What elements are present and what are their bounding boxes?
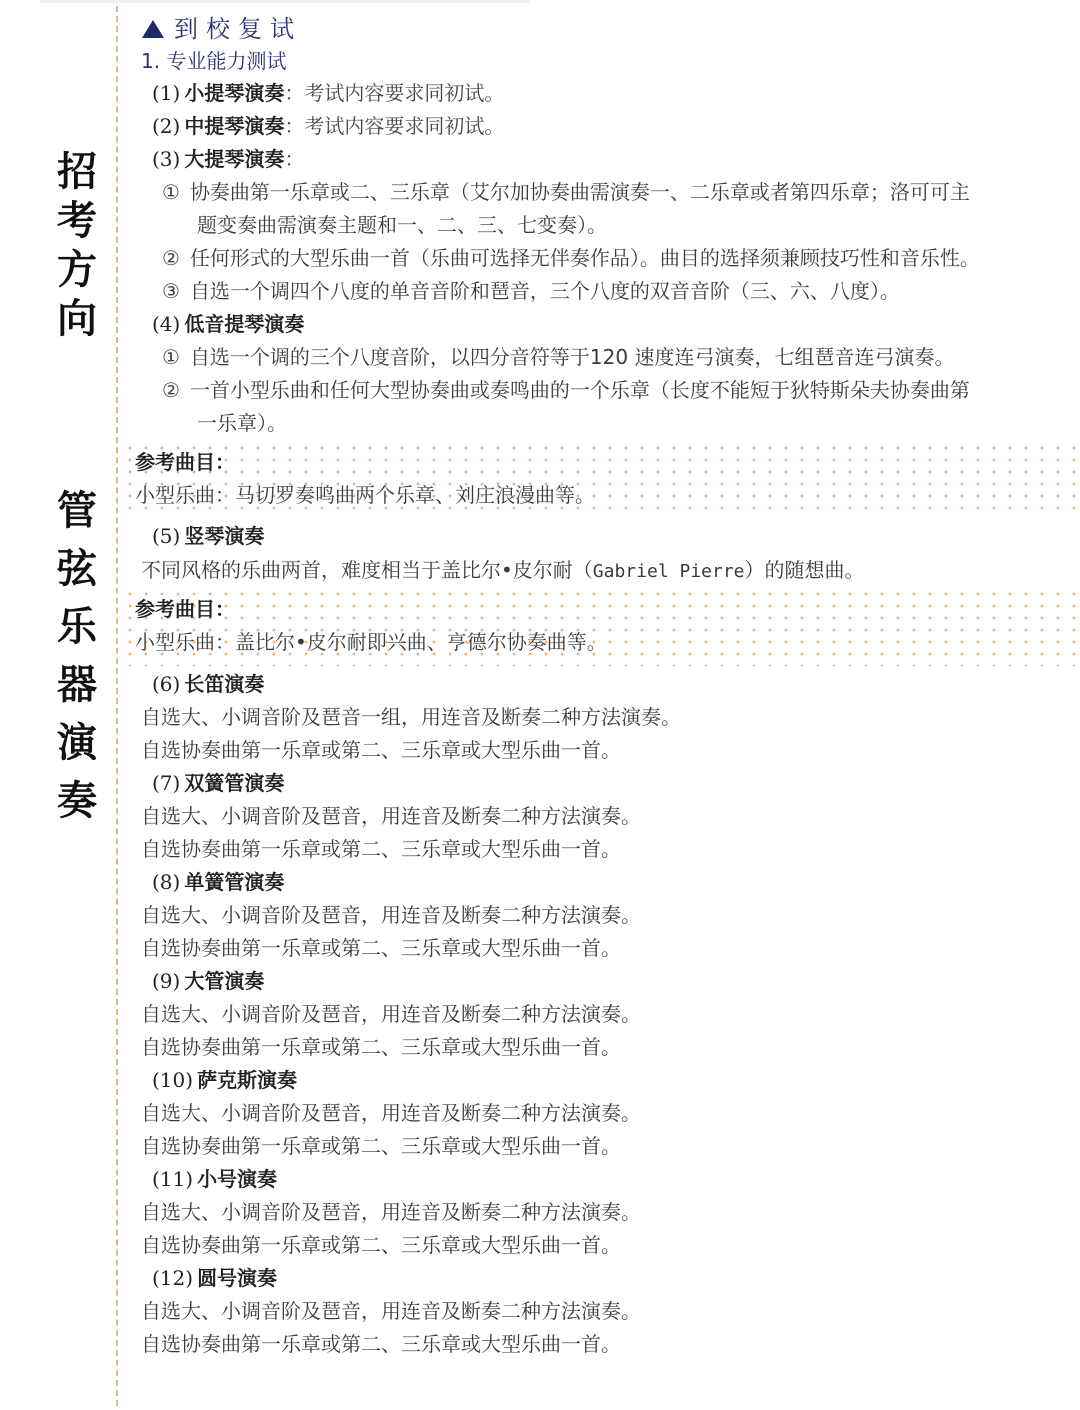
item-name: 中提琴演奏 [184,114,284,138]
circled-number: ② [162,246,180,270]
item-heading-bassoon: (9)大管演奏 [152,966,264,996]
item-body-line: 自选协奏曲第一乐章或第二、三乐章或大型乐曲一首。 [141,1131,621,1161]
item-desc: ：考试内容要求同初试。 [284,81,504,105]
item-name: 小提琴演奏 [184,81,284,105]
item-number: (10) [152,1068,193,1092]
item-number: (1) [152,81,180,105]
item-body: 不同风格的乐曲两首，难度相当于盖比尔•皮尔耐（Gabriel Pierre）的随… [141,555,865,587]
side-char: 乐 [52,598,102,656]
item-body-line: 自选协奏曲第一乐章或第二、三乐章或大型乐曲一首。 [141,735,621,765]
item-heading-harp: (5)竖琴演奏 [152,521,264,551]
item-name: 长笛演奏 [184,672,264,696]
side-char: 管 [52,482,102,540]
item-heading-cello: (3)大提琴演奏： [152,144,304,174]
item-heading-oboe: (7)双簧管演奏 [152,768,284,798]
item-heading-violin: (1)小提琴演奏：考试内容要求同初试。 [152,78,504,108]
item-number: (2) [152,114,180,138]
item-number: (3) [152,147,180,171]
item-body-line: 自选大、小调音阶及琶音，用连音及断奏二种方法演奏。 [141,1197,641,1227]
body-latin: Gabriel Pierre [593,561,745,582]
item-body-line: 自选大、小调音阶及琶音，用连音及断奏二种方法演奏。 [141,1296,641,1326]
circled-number: ② [162,378,180,402]
item-number: (9) [152,969,180,993]
item-desc: ： [284,147,304,171]
item-body-line: 自选大、小调音阶及琶音一组，用连音及断奏二种方法演奏。 [141,702,681,732]
sub-item-continuation: 题变奏曲需演奏主题和一、二、三、七变奏）。 [197,210,607,240]
body-text: 不同风格的乐曲两首，难度相当于盖比尔•皮尔耐（ [141,558,593,582]
sub-item-text: 协奏曲第一乐章或二、三乐章（艾尔加协奏曲需演奏一、二乐章或者第四乐章；洛可可主 [190,180,970,204]
item-name: 萨克斯演奏 [197,1068,297,1092]
item-body-line: 自选大、小调音阶及琶音，用连音及断奏二种方法演奏。 [141,999,641,1029]
sub-item: ①协奏曲第一乐章或二、三乐章（艾尔加协奏曲需演奏一、二乐章或者第四乐章；洛可可主 [162,177,970,207]
sub-item-text: 任何形式的大型乐曲一首（乐曲可选择无伴奏作品）。曲目的选择须兼顾技巧性和音乐性。 [190,246,980,270]
sub-item-text: 自选一个调的三个八度音阶，以四分音符等于120 速度连弓演奏，七组琶音连弓演奏。 [190,345,955,369]
sub-item-continuation: 一乐章）。 [197,408,287,438]
item-name: 双簧管演奏 [184,771,284,795]
body-text: ）的随想曲。 [745,558,865,582]
item-name: 大管演奏 [184,969,264,993]
section-heading: 到校复试 [142,14,302,44]
item-heading-saxophone: (10)萨克斯演奏 [152,1065,297,1095]
reference-label: 参考曲目： [135,594,235,624]
item-heading-clarinet: (8)单簧管演奏 [152,867,284,897]
item-body-line: 自选大、小调音阶及琶音，用连音及断奏二种方法演奏。 [141,801,641,831]
side-char: 演 [52,714,102,772]
item-number: (12) [152,1266,193,1290]
side-char: 向 [52,295,102,344]
side-char: 方 [52,246,102,295]
item-number: (4) [152,312,180,336]
side-char: 考 [52,197,102,246]
section-title: 到校复试 [174,15,302,43]
sub-item-text: 一首小型乐曲和任何大型协奏曲或奏鸣曲的一个乐章（长度不能短于狄特斯朵夫协奏曲第 [190,378,970,402]
item-name: 圆号演奏 [197,1266,277,1290]
item-body-line: 自选协奏曲第一乐章或第二、三乐章或大型乐曲一首。 [141,834,621,864]
item-number: (8) [152,870,180,894]
item-body-line: 自选协奏曲第一乐章或第二、三乐章或大型乐曲一首。 [141,1329,621,1359]
circled-number: ① [162,345,180,369]
sub-item-text: 自选一个调四个八度的单音音阶和琶音，三个八度的双音音阶（三、六、八度）。 [190,279,900,303]
item-name: 大提琴演奏 [184,147,284,171]
side-title-admission-direction: 招 考 方 向 [52,148,102,344]
item-body-line: 自选大、小调音阶及琶音，用连音及断奏二种方法演奏。 [141,900,641,930]
reference-text: 小型乐曲：盖比尔•皮尔耐即兴曲、亨德尔协奏曲等。 [135,627,607,657]
item-body-line: 自选协奏曲第一乐章或第二、三乐章或大型乐曲一首。 [141,933,621,963]
item-number: (7) [152,771,180,795]
sub-item: ③自选一个调四个八度的单音音阶和琶音，三个八度的双音音阶（三、六、八度）。 [162,276,900,306]
sub-item: ②一首小型乐曲和任何大型协奏曲或奏鸣曲的一个乐章（长度不能短于狄特斯朵夫协奏曲第 [162,375,970,405]
item-name: 低音提琴演奏 [184,312,304,336]
sub-item: ①自选一个调的三个八度音阶，以四分音符等于120 速度连弓演奏，七组琶音连弓演奏… [162,342,954,372]
item-heading-double-bass: (4)低音提琴演奏 [152,309,304,339]
item-heading-viola: (2)中提琴演奏：考试内容要求同初试。 [152,111,504,141]
item-heading-horn: (12)圆号演奏 [152,1263,277,1293]
sub-item: ②任何形式的大型乐曲一首（乐曲可选择无伴奏作品）。曲目的选择须兼顾技巧性和音乐性… [162,243,980,273]
section-subtitle: 1. 专业能力测试 [141,46,286,76]
item-number: (6) [152,672,180,696]
side-title-orchestral-instruments: 管 弦 乐 器 演 奏 [52,482,102,830]
side-char: 弦 [52,540,102,598]
item-name: 单簧管演奏 [184,870,284,894]
side-char: 招 [52,148,102,197]
circled-number: ③ [162,279,180,303]
side-column: 招 考 方 向 管 弦 乐 器 演 奏 [0,0,118,1410]
reference-text: 小型乐曲：马切罗奏鸣曲两个乐章、刘庄浪漫曲等。 [135,480,595,510]
triangle-up-icon [142,20,164,38]
item-name: 小号演奏 [197,1167,277,1191]
item-number: (11) [152,1167,193,1191]
item-body-line: 自选协奏曲第一乐章或第二、三乐章或大型乐曲一首。 [141,1032,621,1062]
item-body-line: 自选大、小调音阶及琶音，用连音及断奏二种方法演奏。 [141,1098,641,1128]
reference-label: 参考曲目： [135,447,235,477]
dashed-divider [116,6,118,1406]
item-name: 竖琴演奏 [184,524,264,548]
circled-number: ① [162,180,180,204]
item-desc: ：考试内容要求同初试。 [284,114,504,138]
side-char: 奏 [52,772,102,830]
item-number: (5) [152,524,180,548]
item-body-line: 自选协奏曲第一乐章或第二、三乐章或大型乐曲一首。 [141,1230,621,1260]
item-heading-trumpet: (11)小号演奏 [152,1164,277,1194]
side-char: 器 [52,656,102,714]
item-heading-flute: (6)长笛演奏 [152,669,264,699]
